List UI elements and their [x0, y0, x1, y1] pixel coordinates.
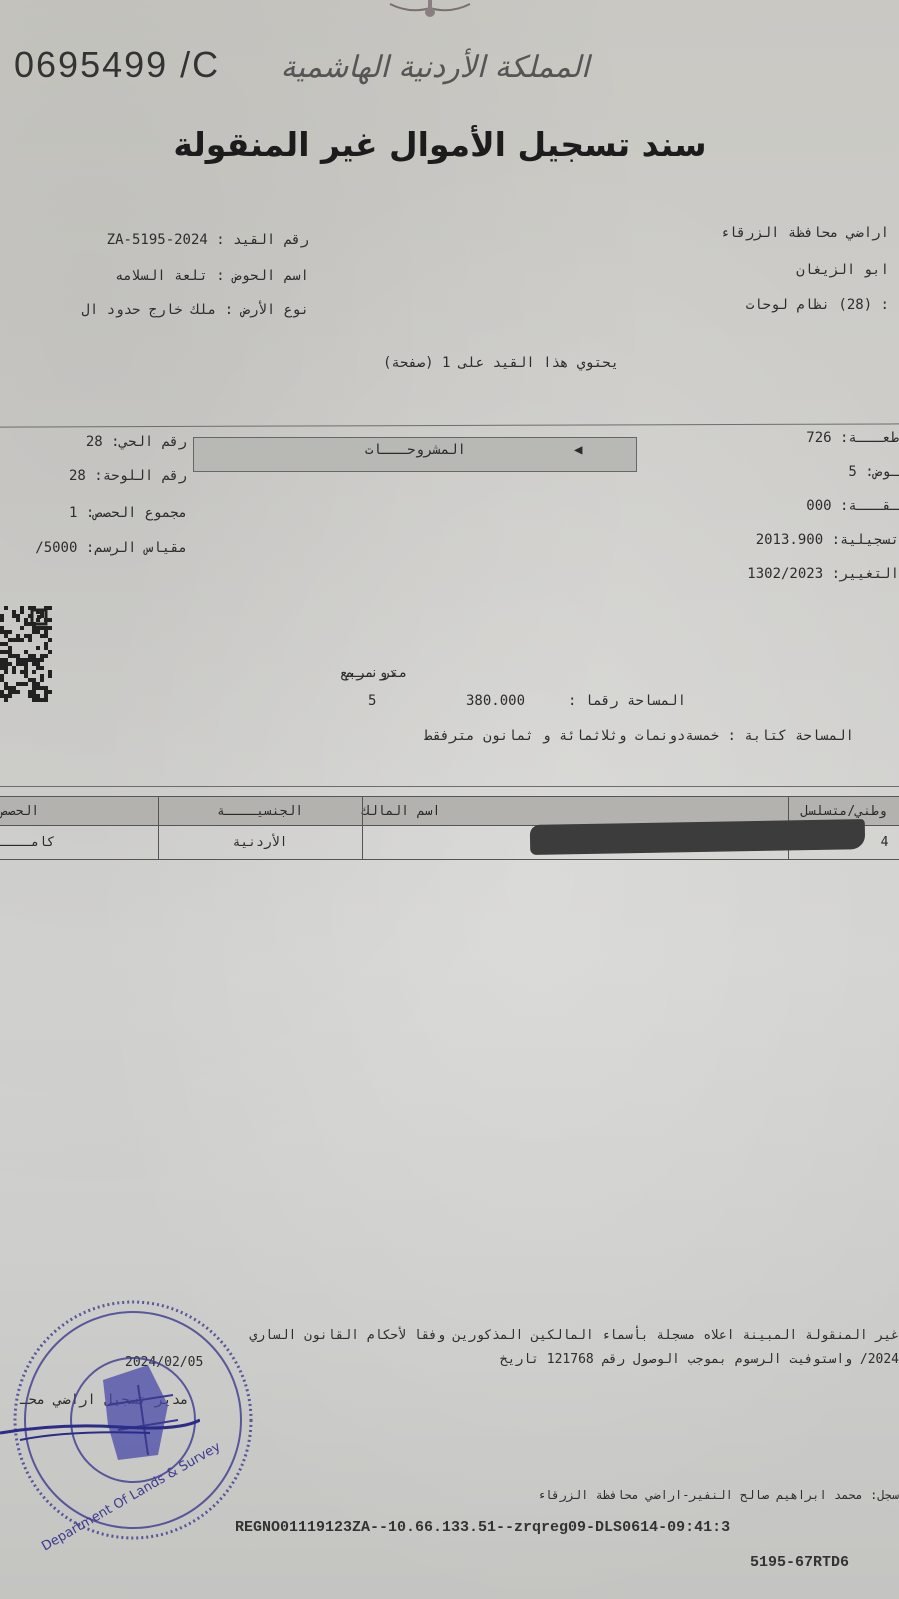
pages-note: يحتوي هذا القيد على 1 (صفحة) — [383, 355, 619, 371]
header-nationality: الجنسيــــة — [158, 797, 362, 825]
royal-crest-icon — [385, 0, 475, 20]
divider — [0, 786, 899, 787]
basin-number: ـوض: 5 — [848, 464, 899, 480]
registration-trace: REGNO01119123ZA--10.66.133.51--zrqreg09-… — [235, 1519, 730, 1536]
divider — [0, 423, 899, 427]
registration-value: تسجيلية: 2013.900 — [756, 532, 899, 548]
owner-nationality: الأردنية — [158, 825, 362, 859]
record-number: رقم القيد : 2024-ZA-5195 — [107, 232, 309, 248]
area-written: المساحة كتابة : خمسةدونمات وثلاثمائة و ث… — [424, 728, 854, 744]
kingdom-name: المملكة الأردنية الهاشمية — [270, 50, 600, 85]
header-shares: الحصص — [0, 797, 158, 825]
land-type: نوع الأرض : ملك خارج حدود ال — [81, 302, 309, 318]
certification-line-1: غير المنقولة المبينة اعلاه مسجلة بأسماء … — [249, 1328, 899, 1343]
document-code: 5195-67RTD6 — [750, 1554, 849, 1571]
area-sqm-value: 380.000 — [466, 693, 525, 709]
unit-dunum-label: دونــم — [345, 665, 396, 681]
annotations-box: المشروحـــات ◀ — [193, 437, 637, 472]
change-ref: التغيير: 1302/2023 — [747, 566, 899, 582]
shares-total: مجموع الحصص: 1 — [69, 505, 187, 521]
sheet-number: رقم اللوحة: 28 — [69, 468, 187, 484]
owner-share: كامــــ — [0, 825, 158, 859]
directorate: اراضي محافظة الزرقاء — [720, 225, 889, 241]
document-title: سند تسجيل الأموال غير المنقولة — [160, 125, 720, 164]
drawing-scale: مقياس الرسم: 5000/ — [35, 540, 187, 556]
area-numeric-label: المساحة رقما : — [568, 693, 686, 709]
redacted-owner-name — [530, 819, 865, 855]
village: ابو الزيغان — [796, 262, 889, 278]
basin: : (28) نظام لوحات — [746, 297, 889, 313]
certification-line-2: 2024/ واستوفيت الرسوم بموجب الوصول رقم 1… — [500, 1352, 899, 1367]
area-dunum-value: 5 — [368, 693, 376, 709]
column-divider — [362, 796, 363, 859]
column-divider — [158, 796, 159, 859]
parcel-number: طعـــة: 726 — [806, 430, 899, 446]
neighborhood-number: رقم الحي: 28 — [86, 434, 187, 450]
annotations-label: المشروحـــات — [365, 442, 466, 458]
owner-id: 4 — [870, 825, 899, 859]
signature — [0, 1405, 200, 1445]
registrar: سجل: محمد ابراهيم صالح النفير-اراضي محاف… — [538, 1488, 899, 1502]
qr-code — [0, 606, 52, 702]
apartment: ـقـــة: 000 — [806, 498, 899, 514]
serial-number: 0695499 /C — [14, 44, 220, 86]
basin-name: اسم الحوض : تلعة السلامه — [115, 268, 309, 284]
